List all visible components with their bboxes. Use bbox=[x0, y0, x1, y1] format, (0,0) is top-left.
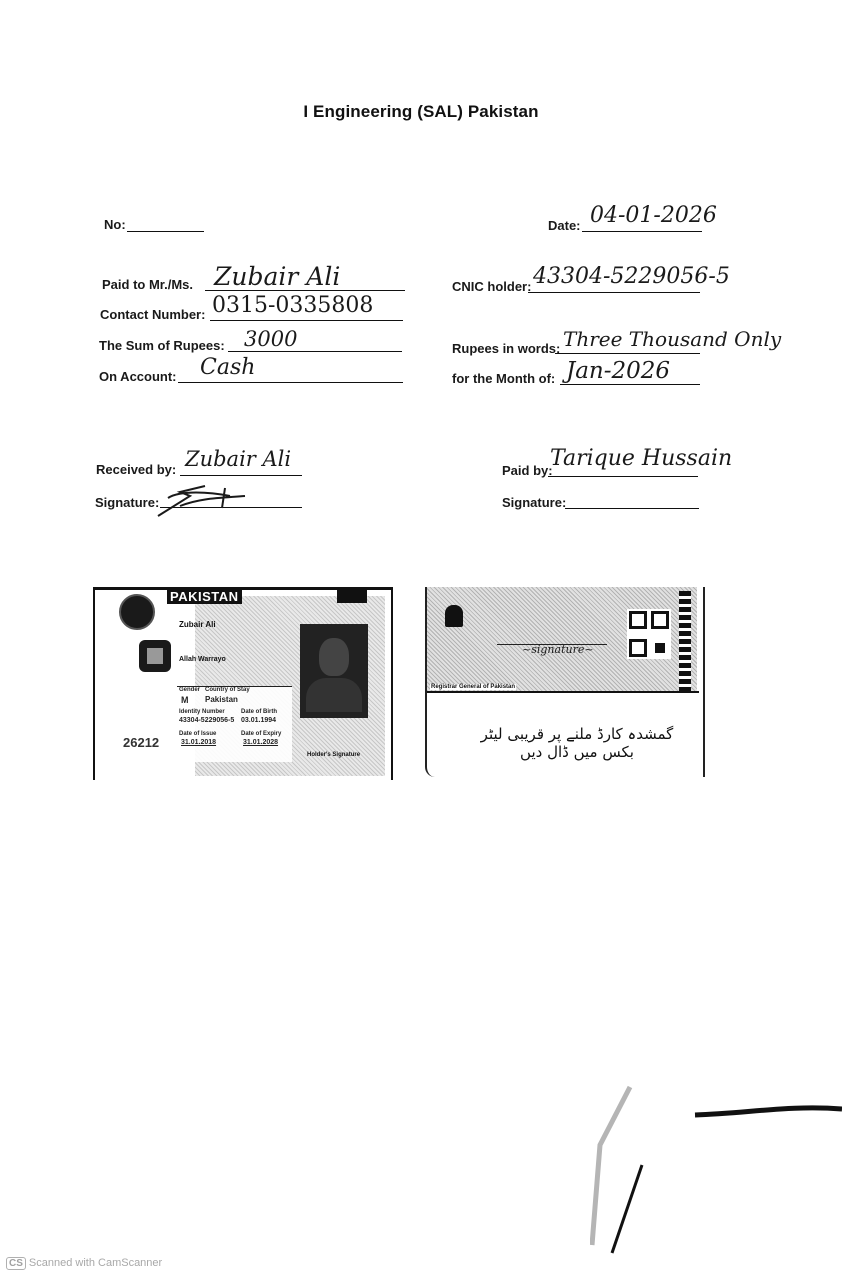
photo bbox=[300, 624, 368, 718]
chip-icon bbox=[139, 640, 171, 672]
cnic-identity-number: 43304-5229056-5 bbox=[179, 717, 234, 724]
cnic-father-name: Allah Warrayo bbox=[179, 656, 226, 663]
qr-code-icon bbox=[627, 609, 671, 659]
date-label: Date: bbox=[548, 218, 581, 233]
paid-signature-label: Signature: bbox=[502, 495, 566, 510]
holder-thumbnail-icon bbox=[445, 605, 463, 627]
scan-artifact bbox=[590, 1085, 842, 1255]
paid-signature-field[interactable] bbox=[565, 508, 699, 509]
emblem-icon bbox=[119, 594, 155, 630]
on-account-value: Cash bbox=[200, 355, 255, 380]
camscanner-logo-icon: CS bbox=[6, 1257, 26, 1270]
cnic-name: Zubair Ali bbox=[179, 620, 216, 629]
paid-to-value: Zubair Ali bbox=[214, 262, 340, 291]
cnic-gender: M bbox=[181, 695, 189, 705]
received-by-label: Received by: bbox=[96, 462, 176, 477]
urdu-note: گمشدہ کارڈ ملنے پر قریبی لیٹر بکس میں ڈا… bbox=[467, 725, 687, 761]
on-account-field[interactable] bbox=[178, 382, 403, 383]
rupees-in-words-field[interactable] bbox=[555, 353, 700, 354]
date-field[interactable] bbox=[582, 231, 702, 232]
contact-number-value: 0315-0335808 bbox=[212, 293, 373, 318]
rupees-in-words-value: Three Thousand Only bbox=[563, 327, 781, 351]
contact-number-label: Contact Number: bbox=[100, 307, 205, 322]
cnic-header: PAKISTAN bbox=[167, 589, 242, 604]
on-account-label: On Account: bbox=[99, 369, 177, 384]
signature-mark-icon bbox=[150, 478, 250, 520]
cnic-front-image: PAKISTAN Zubair Ali Allah Warrayo Gender… bbox=[93, 587, 393, 780]
cnic-holder-field[interactable] bbox=[528, 292, 700, 293]
registrar-signature: ~signature~ bbox=[522, 643, 594, 656]
sum-of-rupees-value: 3000 bbox=[244, 327, 297, 351]
cnic-holder-value: 43304-5229056-5 bbox=[533, 264, 730, 289]
month-of-value: Jan-2026 bbox=[566, 358, 670, 384]
watermark-text: Scanned with CamScanner bbox=[29, 1257, 162, 1269]
paid-by-field[interactable] bbox=[548, 476, 698, 477]
cnic-expiry-date: 31.01.2028 bbox=[243, 739, 278, 746]
scanner-watermark: CSScanned with CamScanner bbox=[6, 1257, 162, 1270]
paid-by-label: Paid by: bbox=[502, 463, 553, 478]
cnic-holder-label: CNIC holder: bbox=[452, 279, 531, 294]
received-by-field[interactable] bbox=[180, 475, 302, 476]
no-field[interactable] bbox=[127, 231, 204, 232]
contact-number-field[interactable] bbox=[210, 320, 403, 321]
holder-signature-label: Holder's Signature bbox=[307, 752, 360, 758]
rupees-in-words-label: Rupees in words: bbox=[452, 341, 560, 356]
card-number: 26212 bbox=[123, 735, 159, 750]
month-of-label: for the Month of: bbox=[452, 371, 555, 386]
paid-to-label: Paid to Mr./Ms. bbox=[102, 277, 193, 292]
sum-of-rupees-field[interactable] bbox=[228, 351, 402, 352]
document-title: I Engineering (SAL) Pakistan bbox=[0, 102, 842, 122]
cnic-country: Pakistan bbox=[205, 695, 238, 704]
date-value: 04-01-2026 bbox=[590, 203, 717, 228]
received-by-value: Zubair Ali bbox=[185, 447, 291, 471]
no-label: No: bbox=[104, 217, 126, 232]
flag-icon bbox=[337, 589, 367, 603]
paid-by-value: Tarique Hussain bbox=[550, 446, 732, 471]
cnic-dob: 03.01.1994 bbox=[241, 717, 276, 724]
sum-of-rupees-label: The Sum of Rupees: bbox=[99, 338, 225, 353]
registrar-label: Registrar General of Pakistan bbox=[430, 684, 516, 690]
cnic-back-image: ~signature~ Registrar General of Pakista… bbox=[425, 587, 705, 777]
cnic-issue-date: 31.01.2018 bbox=[181, 739, 216, 746]
month-of-field[interactable] bbox=[560, 384, 700, 385]
